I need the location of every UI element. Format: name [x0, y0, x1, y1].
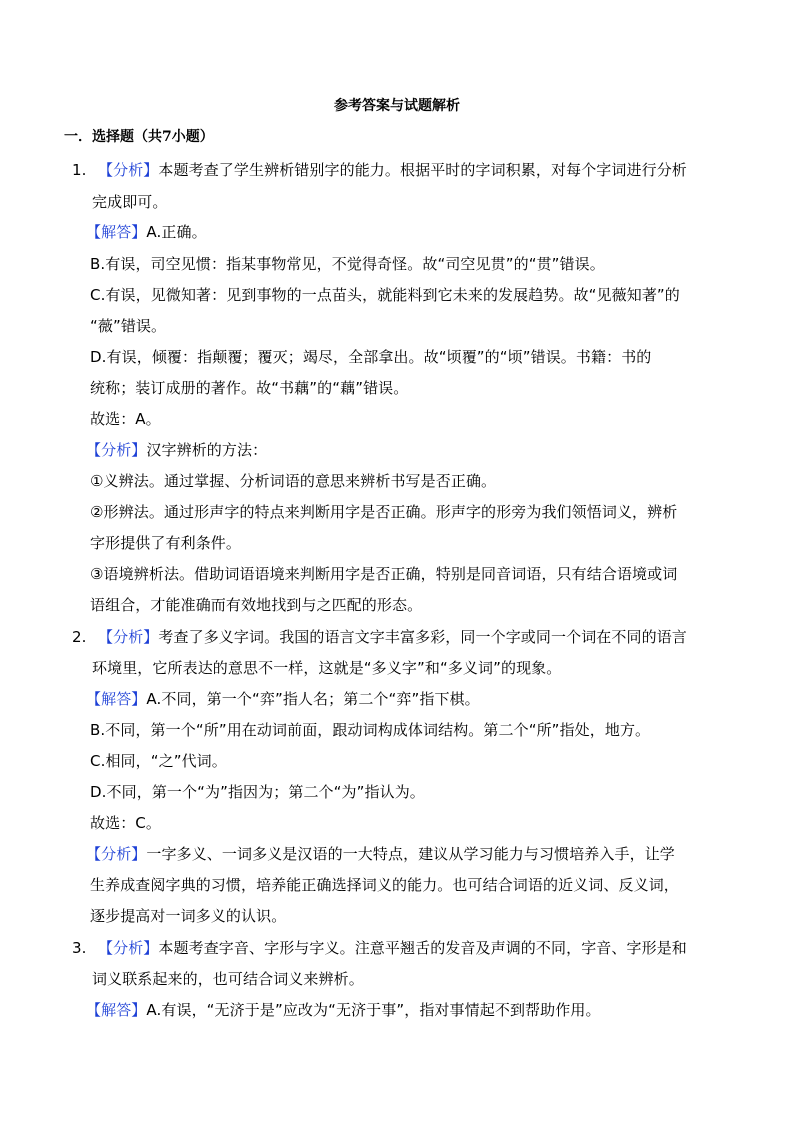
q3-analysis-line2: 词义联系起来的，也可结合词义来辨析。: [92, 969, 364, 989]
q2-note-line3: 逐步提高对一词多义的认识。: [90, 906, 286, 926]
q1-analysis-line1: 1.【分析】本题考查了学生辨析错别字的能力。根据平时的字词积累，对每个字词进行分…: [72, 160, 687, 180]
question-number: 1.: [72, 160, 98, 180]
question-number: 2.: [72, 627, 98, 647]
q2-choice: 故选：C。: [90, 813, 161, 833]
q2-analysis-line2: 环境里，它所表达的意思不一样，这就是“多义字”和“多义词”的现象。: [92, 658, 561, 678]
text: 考查了多义字词。我国的语言文字丰富多彩，同一个字或同一个词在不同的语言: [158, 628, 687, 646]
q2-note-line1: 【分析】一字多义、一词多义是汉语的一大特点，建议从学习能力与习惯培养入手，让学: [86, 844, 675, 864]
q1-method-3-line1: ③语境辨析法。借助词语语境来判断用字是否正确，特别是同音词语，只有结合语境或词: [90, 564, 677, 584]
q1-choice: 故选：A。: [90, 409, 161, 429]
question-number: 3.: [72, 938, 98, 958]
analysis-tag: 【分析】: [86, 845, 146, 863]
text: A.不同，第一个“弈”指人名；第二个“弈”指下棋。: [146, 690, 479, 708]
text: 本题考查了学生辨析错别字的能力。根据平时的字词积累，对每个字词进行分析: [158, 161, 687, 179]
q3-answer-a: 【解答】A.有误，“无济于是”应改为“无济于事”，指对事情起不到帮助作用。: [86, 1000, 601, 1020]
q1-analysis-line2: 完成即可。: [92, 192, 168, 212]
analysis-tag: 【分析】: [86, 441, 146, 459]
document-page: 参考答案与试题解析 一．选择题（共7小题） 1.【分析】本题考查了学生辨析错别字…: [0, 0, 794, 1123]
q1-option-c-line1: C.有误，见微知著：见到事物的一点苗头，就能料到它未来的发展趋势。故“见薇知著”…: [90, 285, 680, 305]
text: 汉字辨析的方法：: [146, 441, 267, 459]
q1-method-2-line2: 字形提供了有利条件。: [90, 533, 241, 553]
q1-option-b: B.有误，司空见惯：指某事物常见，不觉得奇怪。故“司空见贯”的“贯”错误。: [90, 254, 605, 274]
q1-method-3-line2: 语组合，才能准确而有效地找到与之匹配的形态。: [90, 595, 422, 615]
q3-analysis-line1: 3.【分析】本题考查字音、字形与字义。注意平翘舌的发音及声调的不同，字音、字形是…: [72, 938, 687, 958]
q1-option-c-line2: “薇”错误。: [90, 316, 166, 336]
answer-tag: 【解答】: [86, 690, 146, 708]
q1-method-2-line1: ②形辨法。通过形声字的特点来判断用字是否正确。形声字的形旁为我们领悟词义，辨析: [90, 502, 677, 522]
analysis-tag: 【分析】: [98, 161, 158, 179]
section-heading: 一．选择题（共7小题）: [64, 126, 214, 146]
analysis-tag: 【分析】: [98, 628, 158, 646]
analysis-tag: 【分析】: [98, 939, 158, 957]
text: A.有误，“无济于是”应改为“无济于事”，指对事情起不到帮助作用。: [146, 1001, 600, 1019]
text: 本题考查字音、字形与字义。注意平翘舌的发音及声调的不同，字音、字形是和: [158, 939, 687, 957]
text: A.正确。: [146, 223, 206, 241]
q1-option-d-line1: D.有误，倾覆：指颠覆；覆灭；竭尽，全部拿出。故“顷覆”的“顷”错误。书籍：书的: [90, 347, 651, 367]
page-title: 参考答案与试题解析: [0, 95, 794, 115]
q2-option-c: C.相同，“之”代词。: [90, 751, 227, 771]
q2-note-line2: 生养成查阅字典的习惯，培养能正确选择词义的能力。也可结合词语的近义词、反义词，: [90, 875, 679, 895]
q2-answer-a: 【解答】A.不同，第一个“弈”指人名；第二个“弈”指下棋。: [86, 689, 480, 709]
q2-analysis-line1: 2.【分析】考查了多义字词。我国的语言文字丰富多彩，同一个字或同一个词在不同的语…: [72, 627, 687, 647]
answer-tag: 【解答】: [86, 223, 146, 241]
q2-option-b: B.不同，第一个“所”用在动词前面，跟动词构成体词结构。第二个“所”指处，地方。: [90, 720, 650, 740]
answer-tag: 【解答】: [86, 1001, 146, 1019]
text: 一字多义、一词多义是汉语的一大特点，建议从学习能力与习惯培养入手，让学: [146, 845, 675, 863]
q1-option-d-line2: 统称；装订成册的著作。故“书藕”的“藕”错误。: [90, 378, 408, 398]
q1-method-1: ①义辨法。通过掌握、分析词语的意思来辨析书写是否正确。: [90, 471, 496, 491]
q1-note-head: 【分析】汉字辨析的方法：: [86, 440, 267, 460]
q2-option-d: D.不同，第一个“为”指因为；第二个“为”指认为。: [90, 782, 425, 802]
q1-answer-a: 【解答】A.正确。: [86, 222, 207, 242]
